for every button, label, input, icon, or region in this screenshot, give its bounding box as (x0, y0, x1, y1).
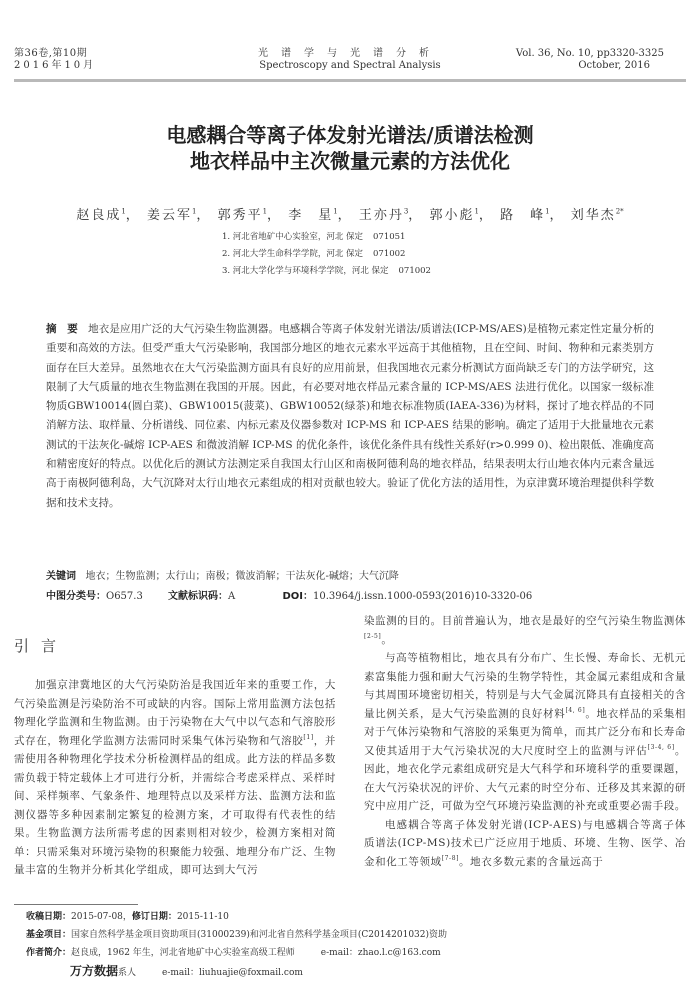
abstract-label: 摘 要 (46, 323, 78, 335)
journal-pages-info: Vol. 36, No. 10, pp3320-3325 October, 20… (516, 48, 664, 72)
keywords-text: 地衣；生物监测；太行山；南极；微波消解；干法灰化-碱熔；大气沉降 (86, 571, 399, 582)
citation[interactable]: [7-8] (442, 855, 459, 862)
citation[interactable]: [1] (303, 734, 313, 741)
contact-email[interactable]: e-mail：liuhuajie@foxmail.com (162, 968, 303, 978)
paragraph: 染监测的目的。目前普遍认为，地衣是最好的空气污染生物监测体[2-5]。 (364, 612, 686, 649)
paragraph: 加强京津冀地区的大气污染防治是我国近年来的重要工作，大气污染监测是污染防治不可或… (14, 676, 336, 880)
footnote-rule (14, 904, 138, 905)
affiliation-list: 1. 河北省地矿中心实验室，河北 保定071051 2. 河北大学生命科学学院，… (222, 229, 431, 280)
author: 姜云军1 (147, 208, 196, 223)
contact-author: 万方数据系人e-mail：liuhuajie@foxmail.com (70, 962, 447, 982)
doi-value: 10.3964/j.issn.1000-0593(2016)10-3320-06 (313, 591, 532, 602)
paragraph: 电感耦合等离子体发射光谱(ICP-AES)与电感耦合等离子体质谱法(ICP-MS… (364, 816, 686, 872)
month-en: October, 2016 (516, 60, 650, 72)
affiliation: 1. 河北省地矿中心实验室，河北 保定071051 (222, 229, 431, 246)
title-line-1: 电感耦合等离子体发射光谱法/质谱法检测 (0, 122, 700, 148)
keywords: 关键词 地衣；生物监测；太行山；南极；微波消解；干法灰化-碱熔；大气沉降 (46, 567, 654, 587)
citation[interactable]: [4, 6] (565, 707, 585, 714)
received-dates: 收稿日期：2015-07-08，修订日期：2015-11-10 (26, 908, 447, 926)
author-list: 赵良成1， 姜云军1， 郭秀平1， 李 星1， 王亦丹3， 郭小彪1， 路 峰1… (0, 204, 700, 223)
author: 王亦丹3 (359, 208, 408, 223)
doc-code-value: A (228, 591, 235, 602)
affiliation: 2. 河北大学生命科学学院，河北 保定071002 (222, 246, 431, 263)
author: 路 峰1 (500, 208, 549, 223)
header-rule-right (14, 79, 686, 82)
doc-code-label: 文献标识码： (168, 591, 228, 602)
clc-value: O657.3 (106, 591, 143, 602)
body-column-left: 加强京津冀地区的大气污染防治是我国近年来的重要工作，大气污染监测是污染防治不可或… (14, 676, 336, 880)
abstract-text: 地衣是应用广泛的大气污染生物监测器。电感耦合等离子体发射光谱法/质谱法(ICP-… (46, 323, 654, 509)
author: 李 星1 (288, 208, 337, 223)
author-email[interactable]: e-mail：zhao.l.c@163.com (321, 948, 441, 958)
fund-info: 基金项目：国家自然科学基金项目资助项目(31000239)和河北省自然科学基金项… (26, 926, 447, 944)
author: 郭小彪1 (429, 208, 478, 223)
section-heading-introduction: 引言 (14, 635, 68, 656)
title-line-2: 地衣样品中主次微量元素的方法优化 (0, 148, 700, 174)
classification: 中图分类号：O657.3 文献标识码：A DOI：10.3964/j.issn.… (46, 587, 654, 607)
citation[interactable]: [3-4, 6] (648, 744, 675, 751)
wanfang-watermark: 万方数据 (70, 964, 118, 978)
affiliation: 3. 河北大学化学与环境科学学院，河北 保定071002 (222, 263, 431, 280)
author: 赵良成1 (76, 208, 125, 223)
author-bio: 作者简介：赵良成，1962 年生，河北省地矿中心实验室高级工程师e-mail：z… (26, 944, 447, 962)
body-column-right: 染监测的目的。目前普遍认为，地衣是最好的空气污染生物监测体[2-5]。 与高等植… (364, 612, 686, 871)
author: 刘华杰2* (571, 208, 624, 223)
citation[interactable]: [2-5] (364, 633, 381, 640)
keywords-block: 关键词 地衣；生物监测；太行山；南极；微波消解；干法灰化-碱熔；大气沉降 中图分… (46, 567, 654, 607)
keywords-label: 关键词 (46, 571, 76, 582)
paper-title: 电感耦合等离子体发射光谱法/质谱法检测 地衣样品中主次微量元素的方法优化 (0, 122, 700, 174)
doi-label: DOI： (282, 591, 313, 602)
clc-label: 中图分类号： (46, 591, 106, 602)
abstract: 摘 要 地衣是应用广泛的大气污染生物监测器。电感耦合等离子体发射光谱法/质谱法(… (46, 320, 654, 513)
paragraph: 与高等植物相比，地衣具有分布广、生长慢、寿命长、无机元素富集能力强和耐大气污染的… (364, 649, 686, 816)
vol-pages: Vol. 36, No. 10, pp3320-3325 (516, 48, 664, 60)
footnotes: 收稿日期：2015-07-08，修订日期：2015-11-10 基金项目：国家自… (26, 908, 447, 982)
author: 郭秀平1 (218, 208, 267, 223)
